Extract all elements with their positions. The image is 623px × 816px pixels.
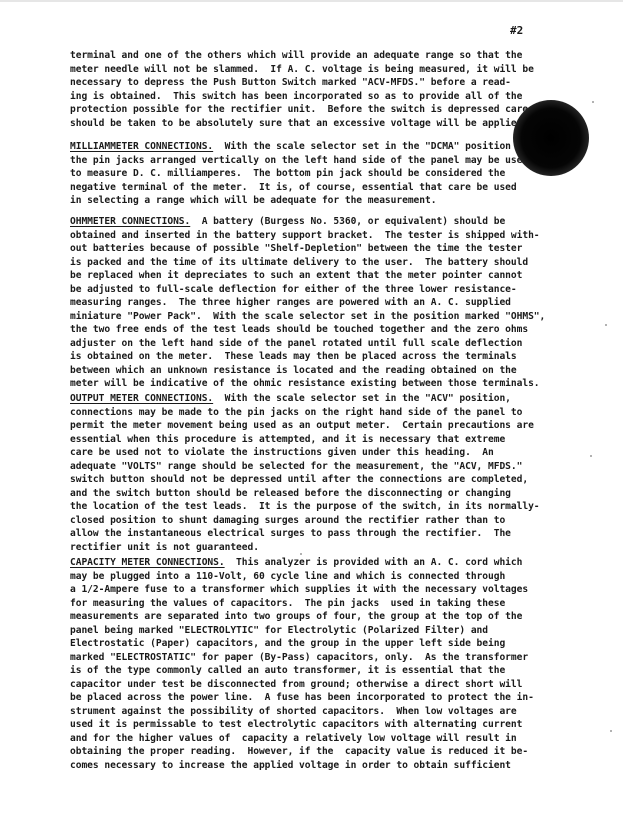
text-line: connections may be made to the pin jacks… xyxy=(70,406,623,420)
text-line: essential when this procedure is attempt… xyxy=(70,433,623,447)
section-heading: OHMMETER CONNECTIONS. xyxy=(70,216,190,227)
paragraph-first-line: OUTPUT METER CONNECTIONS. With the scale… xyxy=(70,392,623,406)
paragraph-ohmmeter-connections: OHMMETER CONNECTIONS. A battery (Burgess… xyxy=(70,215,623,391)
scan-speck xyxy=(592,101,594,103)
text-line: miniature "Power Pack". With the scale s… xyxy=(70,310,623,324)
text-line: the two free ends of the test leads shou… xyxy=(70,323,623,337)
text-line: be placed across the power line. A fuse … xyxy=(70,691,623,705)
section-heading: OUTPUT METER CONNECTIONS. xyxy=(70,393,213,404)
scan-speck xyxy=(590,455,592,457)
text-line: the location of the test leads. It is th… xyxy=(70,500,623,514)
text-line: care be used not to violate the instruct… xyxy=(70,446,623,460)
scan-speck xyxy=(610,730,612,732)
text-line: terminal and one of the others which wil… xyxy=(70,49,623,63)
scan-speck xyxy=(605,324,607,326)
line-text: With the scale selector set in the "DCMA… xyxy=(213,141,511,152)
text-line: permit the meter movement being used as … xyxy=(70,419,623,433)
text-line: meter needle will not be slammed. If A. … xyxy=(70,63,623,77)
text-line: Electrostatic (Paper) capacitors, and th… xyxy=(70,637,623,651)
text-line: between which an unknown resistance is l… xyxy=(70,364,623,378)
text-line: obtaining the proper reading. However, i… xyxy=(70,745,623,759)
text-line: allow the instantaneous electrical surge… xyxy=(70,527,623,541)
text-line: obtained and inserted in the battery sup… xyxy=(70,229,623,243)
section-heading: CAPACITY METER CONNECTIONS. xyxy=(70,557,225,568)
text-line: capacitor under test be disconnected fro… xyxy=(70,678,623,692)
page-number: #2 xyxy=(510,24,523,37)
line-text: This analyzer is provided with an A. C. … xyxy=(225,557,523,568)
line-text: With the scale selector set in the "ACV"… xyxy=(213,393,511,404)
text-line: closed position to shunt damaging surges… xyxy=(70,514,623,528)
text-line: may be plugged into a 110-Volt, 60 cycle… xyxy=(70,570,623,584)
text-line: and for the higher values of capacity a … xyxy=(70,732,623,746)
text-line: comes necessary to increase the applied … xyxy=(70,759,623,773)
line-text: A battery (Burgess No. 5360, or equivale… xyxy=(190,216,505,227)
text-line: marked "ELECTROSTATIC" for paper (By-Pas… xyxy=(70,651,623,665)
ink-blot xyxy=(513,100,589,176)
text-line: strument against the possibility of shor… xyxy=(70,705,623,719)
text-line: used it is permissable to test electroly… xyxy=(70,718,623,732)
section-heading: MILLIAMMETER CONNECTIONS. xyxy=(70,141,213,152)
text-line: out batteries because of possible "Shelf… xyxy=(70,242,623,256)
text-line: a 1/2-Ampere fuse to a transformer which… xyxy=(70,583,623,597)
text-line: meter will be indicative of the ohmic re… xyxy=(70,377,623,391)
text-line: necessary to depress the Push Button Swi… xyxy=(70,76,623,90)
text-line: is packed and the time of its ultimate d… xyxy=(70,256,623,270)
text-line: negative terminal of the meter. It is, o… xyxy=(70,181,623,195)
text-line: measurements are separated into two grou… xyxy=(70,610,623,624)
scan-speck xyxy=(300,553,302,555)
paragraph-first-line: OHMMETER CONNECTIONS. A battery (Burgess… xyxy=(70,215,623,229)
text-line: is of the type commonly called an auto t… xyxy=(70,664,623,678)
text-line: for measuring the values of capacitors. … xyxy=(70,597,623,611)
text-line: switch button should not be depressed un… xyxy=(70,473,623,487)
text-line: adjuster on the left hand side of the pa… xyxy=(70,337,623,351)
text-line: panel being marked "ELECTROLYTIC" for El… xyxy=(70,624,623,638)
text-line: in selecting a range which will be adequ… xyxy=(70,194,623,208)
paragraph-output-meter-connections: OUTPUT METER CONNECTIONS. With the scale… xyxy=(70,392,623,554)
paragraph-capacity-meter-connections: CAPACITY METER CONNECTIONS. This analyze… xyxy=(70,556,623,772)
text-line: rectifier unit is not guaranteed. xyxy=(70,541,623,555)
document-page: #2 terminal and one of the others which … xyxy=(0,0,623,816)
text-line: is obtained on the meter. These leads ma… xyxy=(70,350,623,364)
paragraph-first-line: CAPACITY METER CONNECTIONS. This analyze… xyxy=(70,556,623,570)
text-line: be replaced when it depreciates to such … xyxy=(70,269,623,283)
text-line: be adjusted to full-scale deflection for… xyxy=(70,283,623,297)
text-line: and the switch button should be released… xyxy=(70,487,623,501)
text-line: measuring ranges. The three higher range… xyxy=(70,296,623,310)
text-line: adequate "VOLTS" range should be selecte… xyxy=(70,460,623,474)
